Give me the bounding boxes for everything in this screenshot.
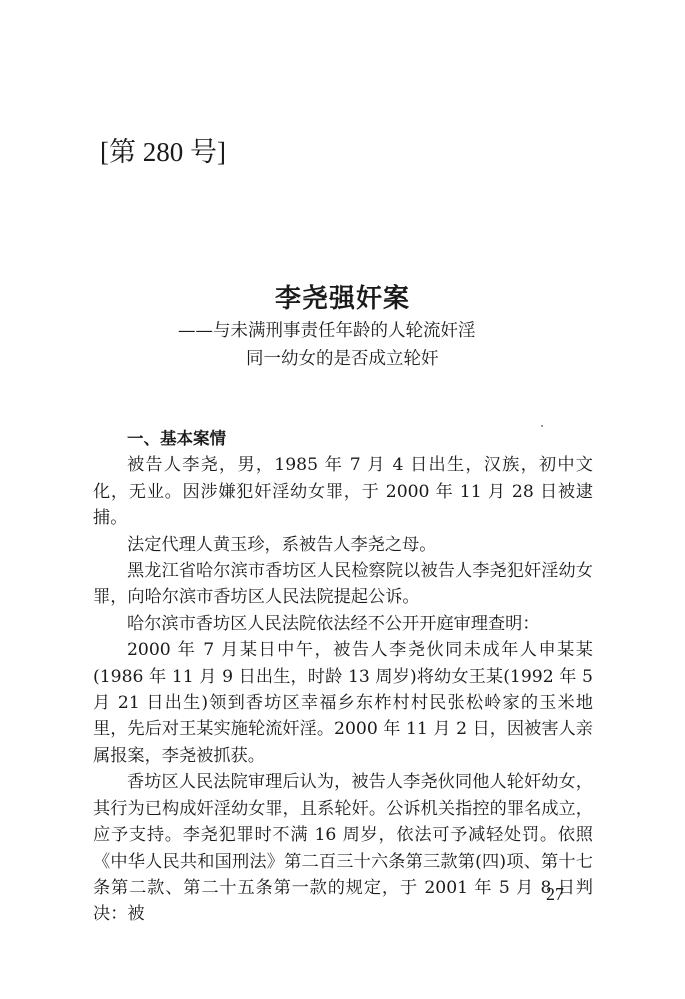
case-title: 李尧强奸案 <box>0 278 685 315</box>
paragraph-guardian: 法定代理人黄玉珍，系被告人李尧之母。 <box>93 532 593 558</box>
section-heading: 一、基本案情 <box>93 426 593 452</box>
paragraph-court-finding: 哈尔滨市香坊区人民法院依法经不公开开庭审理查明： <box>93 611 593 637</box>
case-number: [第 280 号] <box>100 130 226 169</box>
subtitle-line-2: 同一幼女的是否成立轮奸 <box>178 345 476 373</box>
subtitle-line-1: ——与未满刑事责任年龄的人轮流奸淫 <box>178 321 476 341</box>
paragraph-judgment: 香坊区人民法院审理后认为，被告人李尧伙同他人轮奸幼女，其行为已构成奸淫幼女罪，且… <box>93 769 593 927</box>
paragraph-facts: 2000 年 7 月某日中午，被告人李尧伙同未成年人申某某(1986 年 11 … <box>93 637 593 769</box>
case-subtitle: ——与未满刑事责任年龄的人轮流奸淫 同一幼女的是否成立轮奸 <box>178 317 476 373</box>
page-number: 27 <box>546 884 564 905</box>
body-text: 一、基本案情 被告人李尧，男，1985 年 7 月 4 日出生，汉族，初中文化，… <box>93 426 593 928</box>
paragraph-prosecution: 黑龙江省哈尔滨市香坊区人民检察院以被告人李尧犯奸淫幼女罪，向哈尔滨市香坊区人民法… <box>93 558 593 611</box>
scan-speck <box>541 425 543 427</box>
paragraph-defendant: 被告人李尧，男，1985 年 7 月 4 日出生，汉族，初中文化，无业。因涉嫌犯… <box>93 452 593 531</box>
